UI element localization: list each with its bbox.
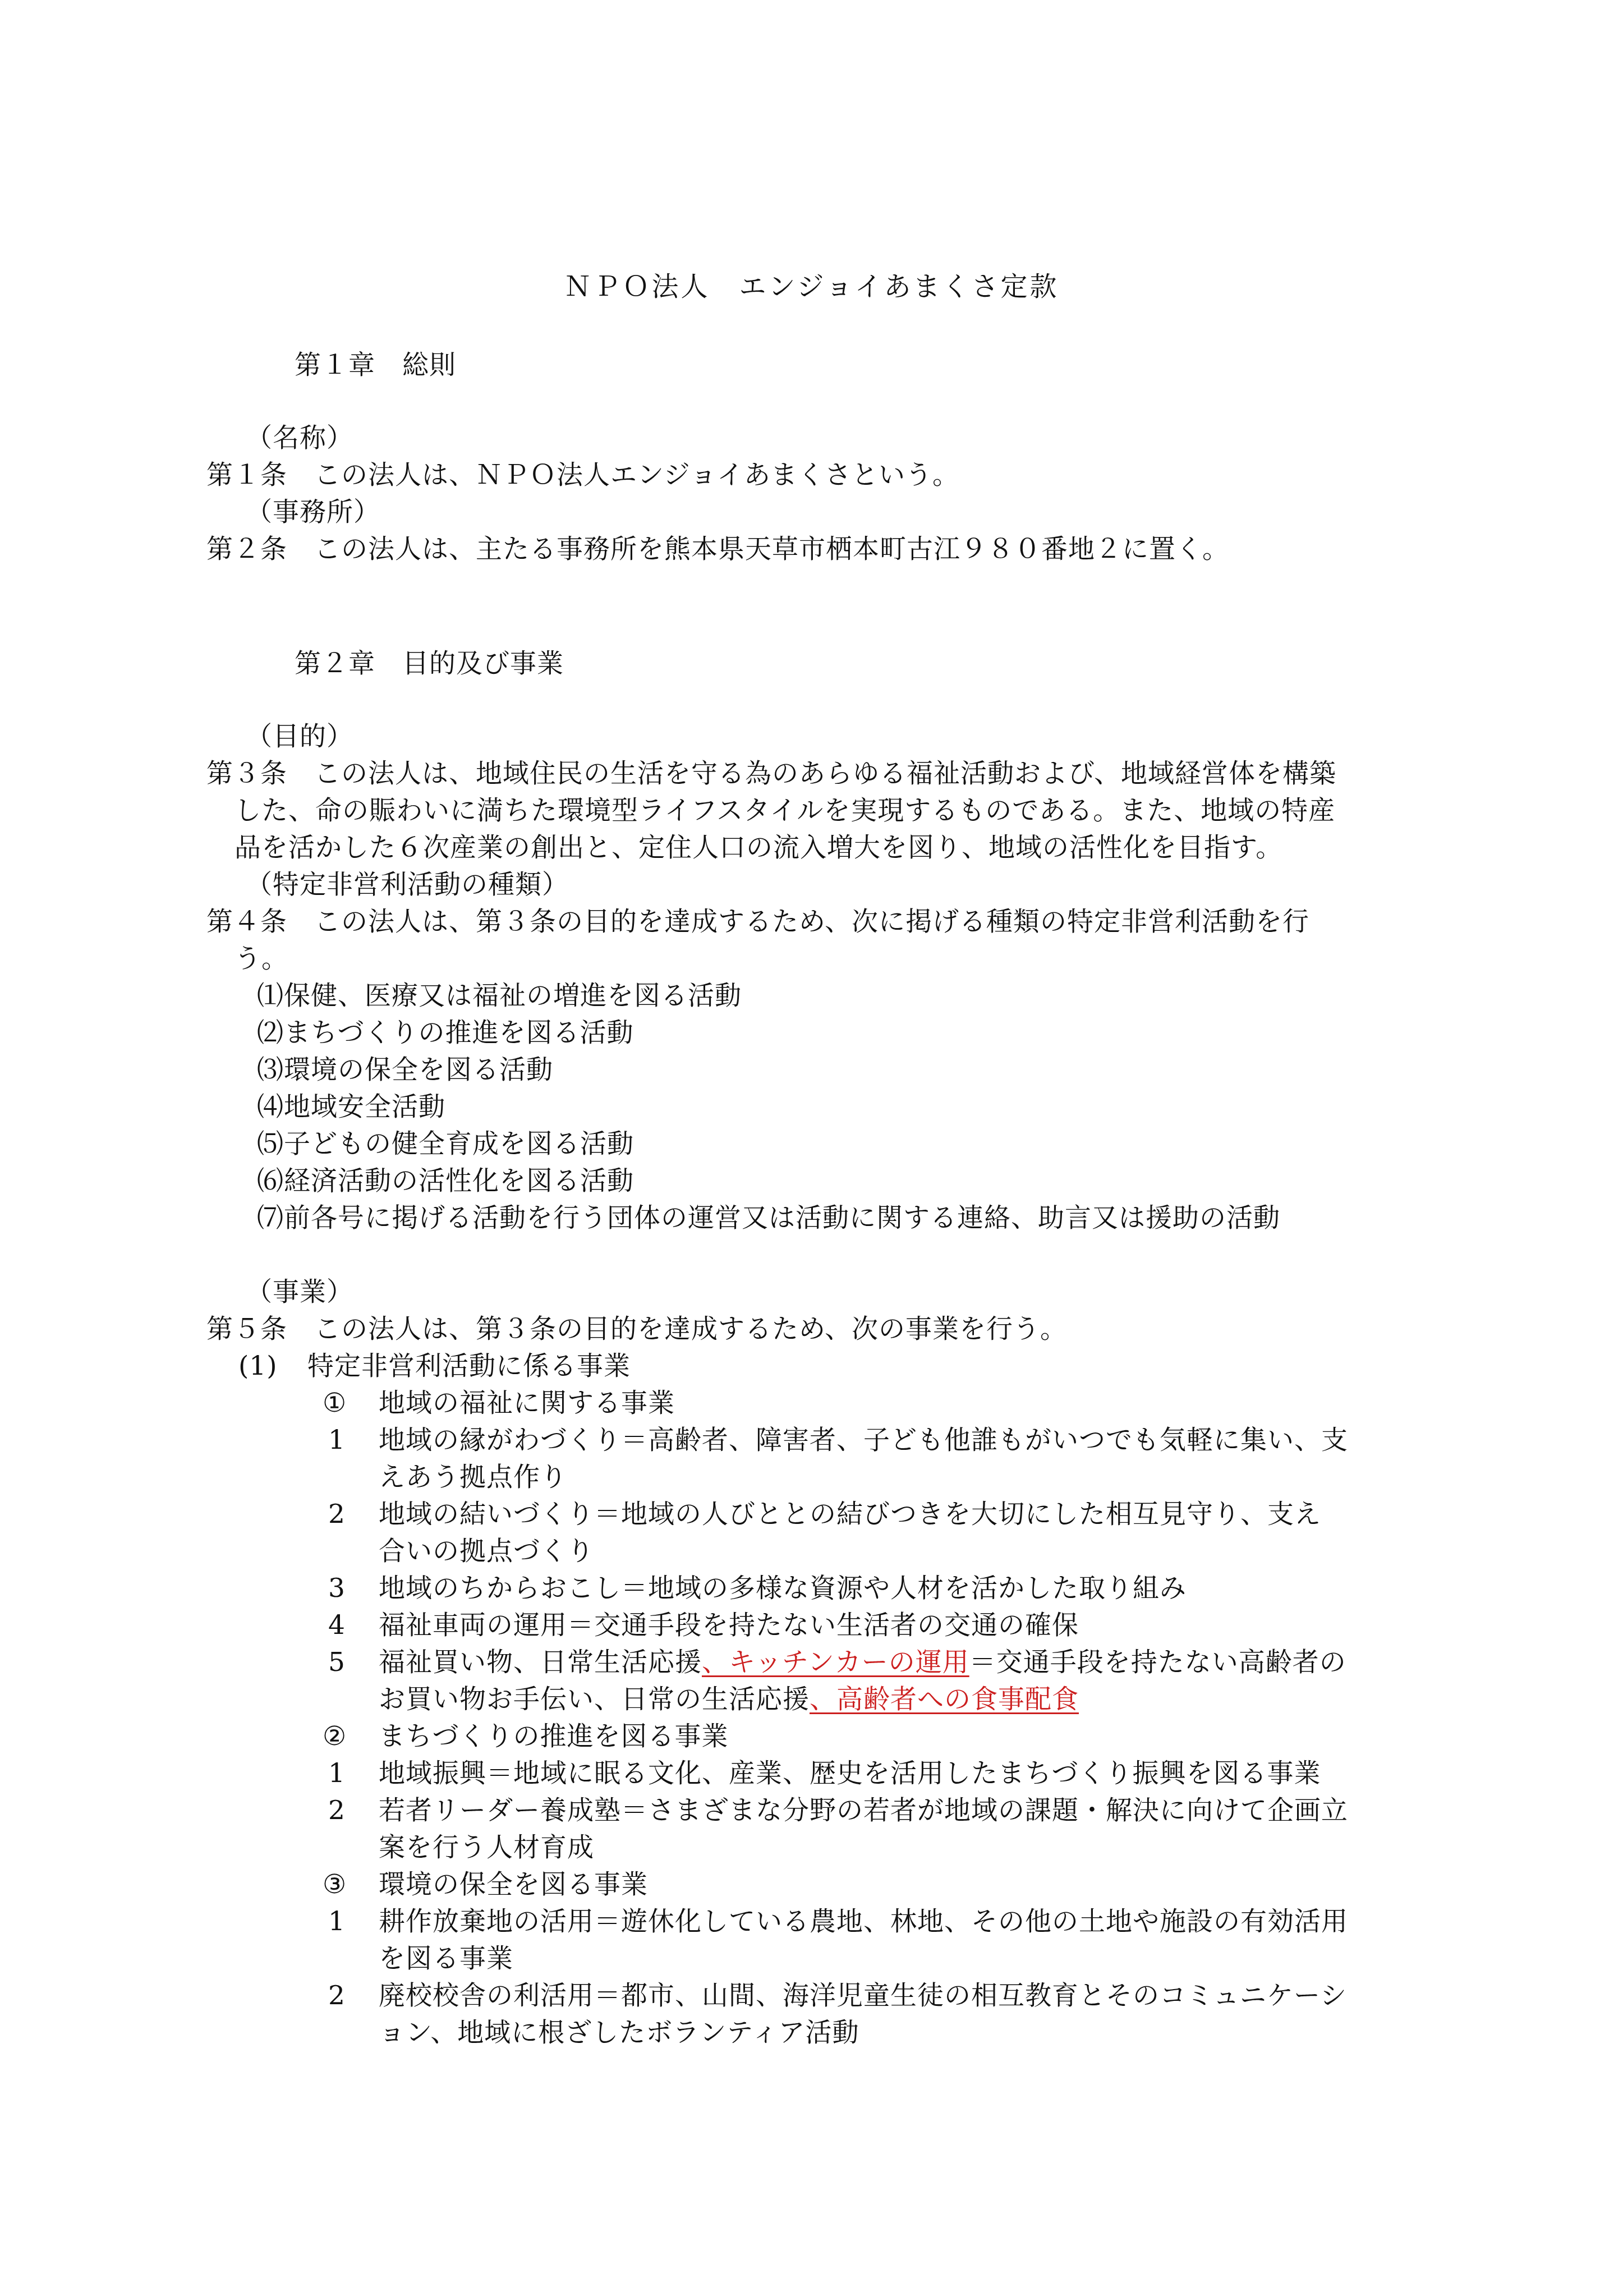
article-caption-activity-types: （特定非営利活動の種類） bbox=[246, 866, 569, 903]
item-number: 3 bbox=[328, 1570, 346, 1607]
group-label: まちづくりの推進を図る事業 bbox=[379, 1718, 729, 1755]
item-text: えあう拠点作り bbox=[379, 1459, 567, 1496]
chapter-heading-1: 第１章 総則 bbox=[295, 347, 456, 384]
group-label: 地域の福祉に関する事業 bbox=[379, 1385, 675, 1422]
article-5: 第５条 この法人は、第３条の目的を達成するため、次の事業を行う。 bbox=[206, 1311, 1067, 1348]
article-3-line: 第３条 この法人は、地域住民の生活を守る為のあらゆる福祉活動および、地域経営体を… bbox=[206, 755, 1336, 792]
article-4-line: 第４条 この法人は、第３条の目的を達成するため、次に掲げる種類の特定非営利活動を… bbox=[206, 903, 1309, 940]
item-text-with-revision: 福祉買い物、日常生活応援、キッチンカーの運用＝交通手段を持たない高齢者の bbox=[379, 1644, 1346, 1681]
revision-insertion: 、キッチンカーの運用 bbox=[702, 1647, 969, 1678]
item-text-with-revision: お買い物お手伝い、日常の生活応援、高齢者への食事配食 bbox=[379, 1681, 1079, 1718]
article-caption-purpose: （目的） bbox=[246, 718, 353, 755]
document-title: ＮＰＯ法人 エンジョイあまくさ定款 bbox=[0, 268, 1623, 305]
item-text: 地域の結いづくり＝地域の人びととの結びつきを大切にした相互見守り、支え bbox=[379, 1496, 1321, 1533]
article-3-line: 品を活かした６次産業の創出と、定住人口の流入増大を図り、地域の活性化を目指す。 bbox=[235, 829, 1282, 866]
item-text-segment: 福祉買い物、日常生活応援 bbox=[379, 1647, 702, 1678]
item-number: 1 bbox=[328, 1422, 346, 1459]
item-number: 2 bbox=[328, 1977, 346, 2014]
item-number: 2 bbox=[328, 1496, 346, 1533]
article-3-line: した、命の賑わいに満ちた環境型ライフスタイルを実現するものである。また、地域の特… bbox=[235, 792, 1335, 829]
activity-item: ⑹経済活動の活性化を図る活動 bbox=[257, 1163, 634, 1200]
article-caption-office: （事務所） bbox=[246, 494, 380, 531]
activity-item: ⑷地域安全活動 bbox=[257, 1089, 445, 1126]
activity-item: ⑵まちづくりの推進を図る活動 bbox=[257, 1014, 634, 1051]
item-number: 1 bbox=[328, 1755, 346, 1792]
revision-insertion: 、高齢者への食事配食 bbox=[810, 1684, 1079, 1715]
item-text: 案を行う人材育成 bbox=[379, 1829, 594, 1866]
chapter-heading-2: 第２章 目的及び事業 bbox=[295, 645, 564, 682]
item-text: 廃校校舎の利活用＝都市、山間、海洋児童生徒の相互教育とそのコミュニケーシ bbox=[379, 1977, 1347, 2014]
article-4-line: う。 bbox=[235, 940, 288, 977]
item-text-segment: お買い物お手伝い、日常の生活応援 bbox=[379, 1684, 810, 1715]
article-2: 第２条 この法人は、主たる事務所を熊本県天草市栖本町古江９８０番地２に置く。 bbox=[206, 531, 1229, 568]
article-1: 第１条 この法人は、ＮＰＯ法人エンジョイあまくさという。 bbox=[206, 457, 959, 494]
article-caption-business: （事業） bbox=[246, 1274, 353, 1311]
item-number: 2 bbox=[328, 1792, 346, 1829]
group-marker: ① bbox=[323, 1385, 347, 1422]
activity-item: ⑴保健、医療又は福祉の増進を図る活動 bbox=[257, 977, 742, 1014]
activity-item: ⑶環境の保全を図る活動 bbox=[257, 1051, 553, 1089]
group-label: 環境の保全を図る事業 bbox=[379, 1866, 648, 1903]
item-text: 地域の縁がわづくり＝高齢者、障害者、子ども他誰もがいつでも気軽に集い、支 bbox=[379, 1422, 1348, 1459]
group-marker: ② bbox=[323, 1718, 347, 1755]
item-number: 5 bbox=[328, 1644, 346, 1681]
group-marker: ③ bbox=[323, 1866, 347, 1903]
item-number: 4 bbox=[328, 1607, 346, 1644]
item-text: を図る事業 bbox=[379, 1940, 513, 1977]
item-number: 1 bbox=[328, 1903, 346, 1940]
item-text: 耕作放棄地の活用＝遊休化している農地、林地、その他の土地や施設の有効活用 bbox=[379, 1903, 1348, 1940]
activity-item: ⑺前各号に掲げる活動を行う団体の運営又は活動に関する連絡、助言又は援助の活動 bbox=[257, 1200, 1280, 1237]
item-text-segment: ＝交通手段を持たない高齢者の bbox=[969, 1647, 1346, 1678]
business-sub-label: 特定非営利活動に係る事業 bbox=[307, 1348, 631, 1385]
article-caption-name: （名称） bbox=[246, 420, 353, 457]
business-sub-marker: (1) bbox=[238, 1348, 278, 1385]
item-text: 地域振興＝地域に眠る文化、産業、歴史を活用したまちづくり振興を図る事業 bbox=[379, 1755, 1321, 1792]
item-text: 合いの拠点づくり bbox=[379, 1533, 594, 1570]
activity-item: ⑸子どもの健全育成を図る活動 bbox=[257, 1126, 634, 1163]
item-text: 福祉車両の運用＝交通手段を持たない生活者の交通の確保 bbox=[379, 1607, 1079, 1644]
item-text: 若者リーダー養成塾＝さまざまな分野の若者が地域の課題・解決に向けて企画立 bbox=[379, 1792, 1348, 1829]
item-text: 地域のちからおこし＝地域の多様な資源や人材を活かした取り組み bbox=[379, 1570, 1187, 1607]
item-text: ョン、地域に根ざしたボランティア活動 bbox=[379, 2014, 859, 2051]
